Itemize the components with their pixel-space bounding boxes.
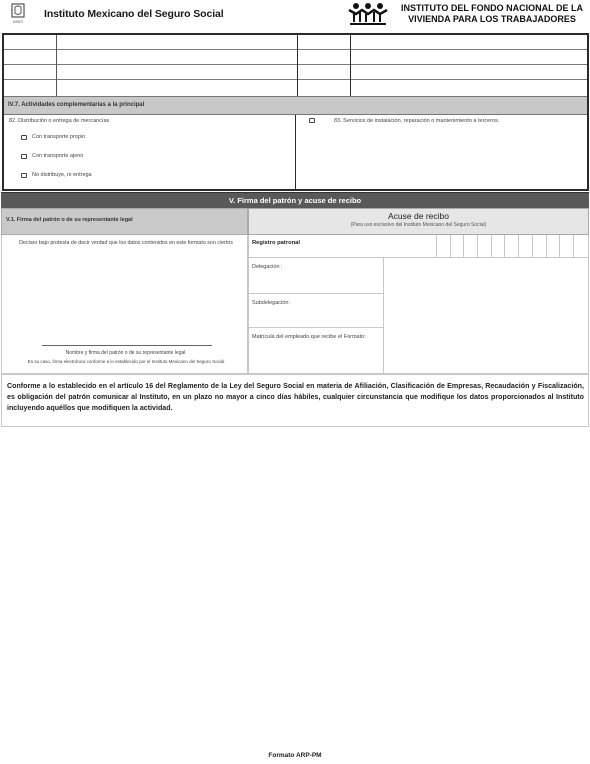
distribution-heading: 82. Distribución o entrega de mercancías [9,118,109,124]
option-no-distribuye[interactable]: No distribuye, ni entrega [21,172,92,178]
page-header: IMSS Instituto Mexicano del Seguro Socia… [0,0,590,32]
section-v1-title: V.1. Firma del patrón o de su representa… [6,217,133,223]
subdelegacion-field[interactable]: Subdelegación: [249,294,384,328]
registro-digit-box[interactable] [463,235,477,258]
acuse-title: Acuse de recibo [249,211,588,221]
signature-area: Declaro bajo protesta de decir verdad qu… [1,235,248,374]
registro-digit-box[interactable] [573,235,587,258]
declaration-text: Declaro bajo protesta de decir verdad qu… [8,239,244,247]
checkbox-icon[interactable] [21,173,27,178]
registro-digit-box[interactable] [559,235,573,258]
registro-digit-box[interactable] [518,235,532,258]
section-iv7-title: IV.7. Actividades complementarias a la p… [8,102,144,108]
column-divider [56,35,57,96]
option-transporte-propio[interactable]: Con transporte propio [21,134,85,140]
signature-note: En su caso, firma electrónica conforme a… [8,358,244,365]
section-v-header: V. Firma del patrón y acuse de recibo [1,192,589,208]
table-row [4,35,587,50]
acuse-subtitle: (Para uso exclusivo del Instituto Mexica… [249,222,588,228]
registro-digit-box[interactable] [504,235,518,258]
column-divider [350,35,351,96]
registro-patronal-label: Registro patronal [252,240,300,246]
infonavit-title: INSTITUTO DEL FONDO NACIONAL DE LA VIVIE… [394,3,590,25]
legal-notice-text: Conforme a lo establecido en el artículo… [7,381,584,414]
table-row [4,50,587,65]
registro-digit-box[interactable] [532,235,546,258]
registro-digit-box[interactable] [477,235,491,258]
registro-patronal-row: Registro patronal [249,235,589,258]
registro-digit-box[interactable] [450,235,464,258]
delegacion-field[interactable]: Delegación : [249,258,384,294]
section-iv7-header: IV.7. Actividades complementarias a la p… [4,96,587,115]
distribution-options: 82. Distribución o entrega de mercancías… [4,115,296,189]
signature-label: Nombre y firma del patrón o de su repres… [2,350,249,356]
installation-services-option[interactable]: 83. Servicios de instalación, reparación… [297,115,587,189]
column-divider [297,35,298,96]
acuse-header: Acuse de recibo (Para uso exclusivo del … [248,208,589,235]
acuse-body: Registro patronal Delegación : Subdelega… [248,235,589,374]
installation-services-label: 83. Servicios de instalación, reparación… [334,118,499,124]
registro-digit-box[interactable] [436,235,450,258]
table-row [4,80,587,96]
registro-digit-box[interactable] [491,235,505,258]
checkbox-icon[interactable] [309,118,315,123]
option-transporte-ajeno[interactable]: Con transporte ajeno [21,153,83,159]
registro-digit-box[interactable] [546,235,560,258]
form-code: Formato ARP-PM [0,752,590,759]
infonavit-logo-icon [348,2,388,26]
section-v1-header: V.1. Firma del patrón o de su representa… [1,208,248,235]
imss-title: Instituto Mexicano del Seguro Social [44,8,224,20]
imss-logo-icon: IMSS [10,3,26,25]
table-row [4,65,587,80]
checkbox-icon[interactable] [21,135,27,140]
legal-notice: Conforme a lo establecido en el artículo… [1,374,589,427]
checkbox-icon[interactable] [21,154,27,159]
registro-patronal-boxes[interactable] [436,235,587,258]
activities-block: IV.7. Actividades complementarias a la p… [2,33,589,191]
matricula-field[interactable]: Matrícula del empleado que recibe el For… [249,328,384,374]
signature-line[interactable] [42,345,212,346]
svg-text:IMSS: IMSS [13,19,23,24]
